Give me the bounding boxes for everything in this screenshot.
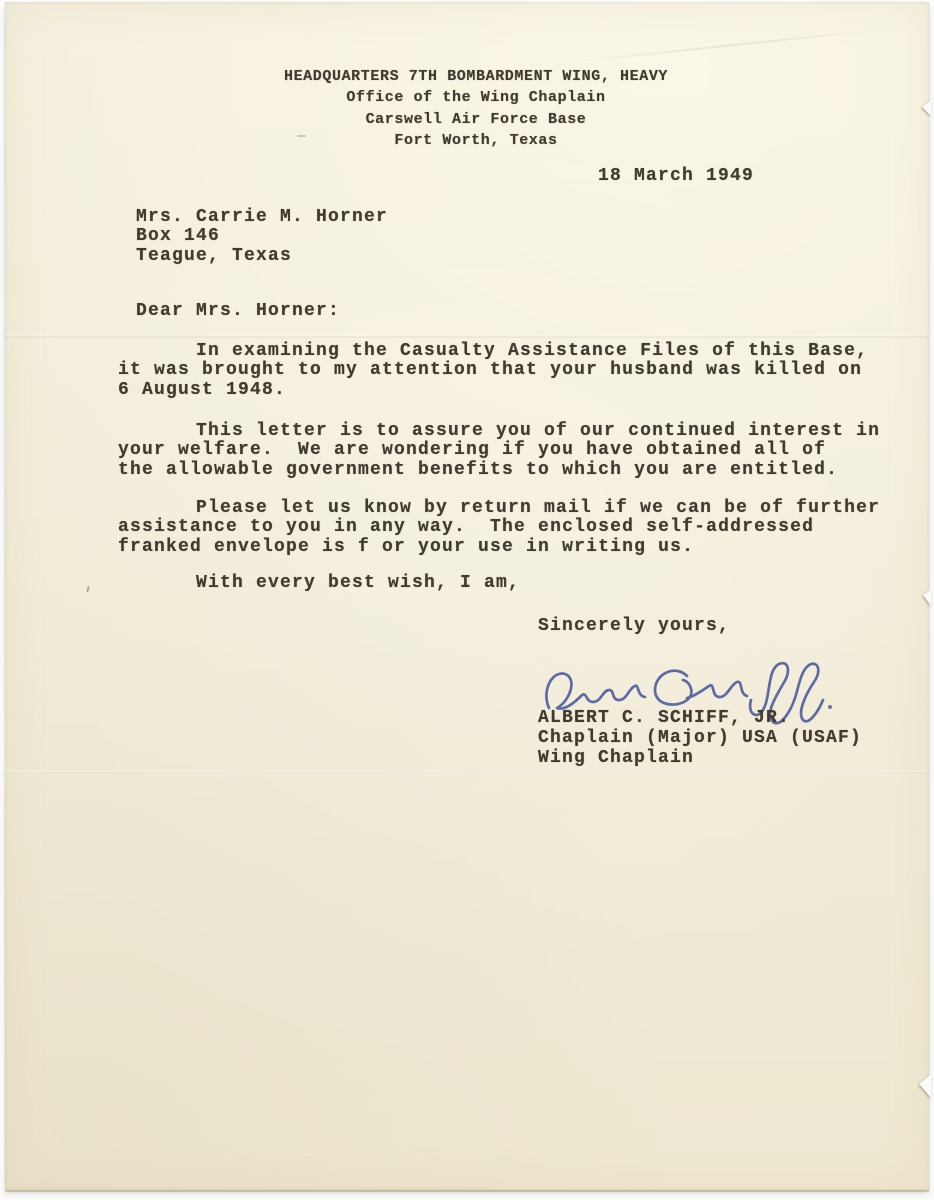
paper-wrinkle: [570, 27, 898, 63]
paper-tear-right-middle: [923, 590, 931, 606]
body-paragraph-4: With every best wish, I am,: [118, 574, 898, 593]
salutation: Dear Mrs. Horner:: [136, 302, 340, 321]
fold-crease-bottom: [5, 769, 929, 772]
letterhead-line-base: Carswell Air Force Base: [14, 109, 934, 130]
ink-speck: [86, 586, 89, 592]
closing-phrase: Sincerely yours,: [538, 617, 730, 636]
signature-title: Chaplain (Major) USA (USAF): [538, 729, 862, 749]
signature-role: Wing Chaplain: [538, 749, 862, 769]
signature-block: ALBERT C. SCHIFF, JR. Chaplain (Major) U…: [538, 709, 862, 769]
body-paragraph-2: This letter is to assure you of our cont…: [118, 422, 898, 480]
recipient-address: Mrs. Carrie M. Horner Box 146 Teague, Te…: [136, 208, 388, 266]
letterhead-line-unit: HEADQUARTERS 7TH BOMBARDMENT WING, HEAVY: [14, 66, 934, 87]
letter-page: HEADQUARTERS 7TH BOMBARDMENT WING, HEAVY…: [5, 2, 929, 1190]
letterhead-line-city: Fort Worth, Texas: [14, 130, 934, 151]
body-paragraph-3: Please let us know by return mail if we …: [118, 499, 898, 557]
fold-crease-top: [5, 335, 929, 338]
body-paragraph-1: In examining the Casualty Assistance Fil…: [118, 342, 898, 400]
letterhead: HEADQUARTERS 7TH BOMBARDMENT WING, HEAVY…: [14, 66, 934, 151]
signature-typed-name: ALBERT C. SCHIFF, JR.: [538, 709, 862, 729]
paper-tear-right-bottom: [919, 1074, 931, 1098]
date-line: 18 March 1949: [598, 167, 754, 186]
letterhead-line-office: Office of the Wing Chaplain: [14, 87, 934, 108]
